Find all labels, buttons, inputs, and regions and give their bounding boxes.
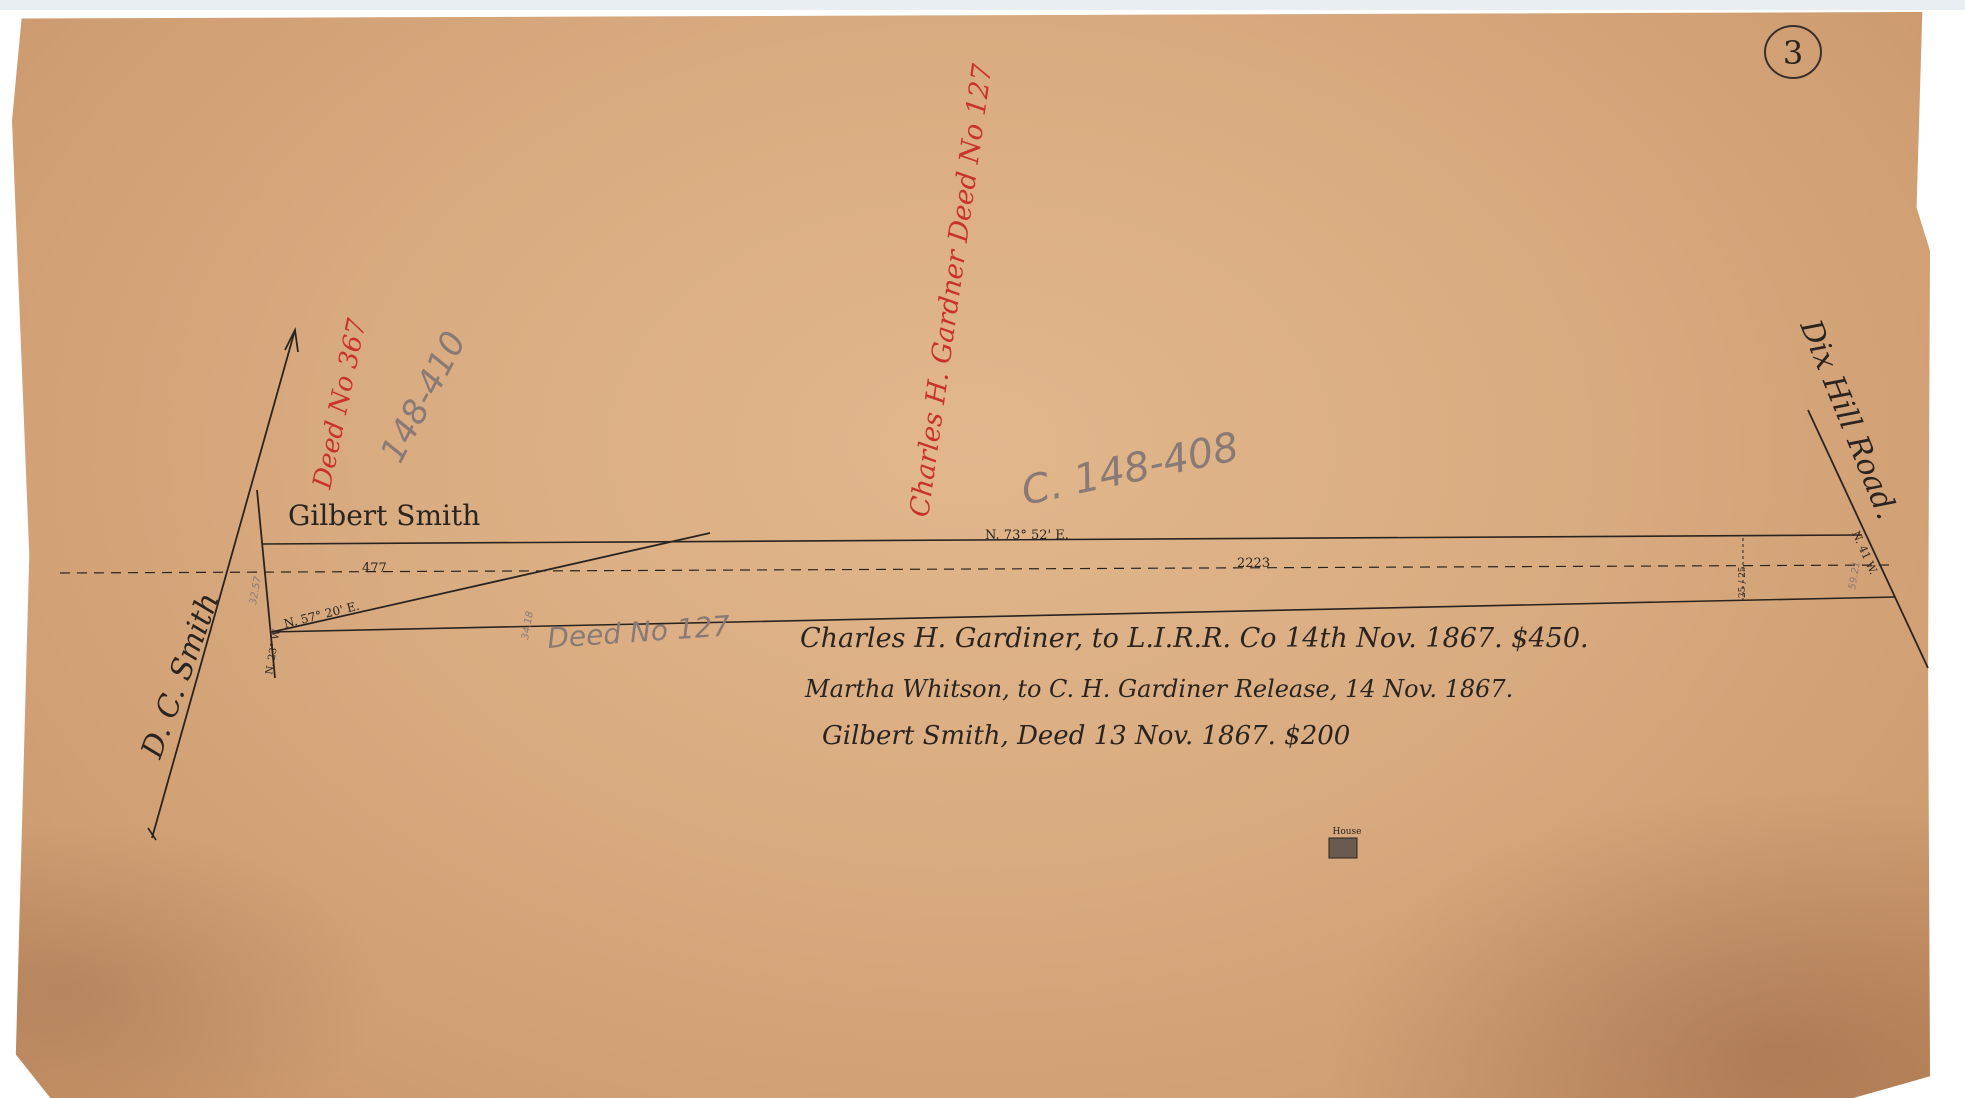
pencil-note-148-408: C. 148-408 (1018, 424, 1243, 515)
pencil-note-deed-127: Deed No 127 (546, 609, 731, 655)
house-label: House (1332, 827, 1361, 837)
house-marker: House (1329, 827, 1362, 858)
distance-main: 2223 (1237, 556, 1270, 571)
label-deed-367: Deed No 367 (307, 316, 373, 493)
measure-right-width: 25 / 25 (1738, 566, 1748, 598)
distance-left: 477 (362, 561, 387, 576)
measure-left-offset: 32.57 (248, 575, 264, 606)
deed-record-3: Gilbert Smith, Deed 13 Nov. 1867. $200 (822, 721, 1350, 751)
sheet-number: 3 (1783, 34, 1803, 72)
bearing-branch: N. 57° 20' E. (282, 599, 360, 631)
house-icon (1329, 838, 1357, 858)
measure-left-width: 34.18 (520, 610, 536, 640)
label-dix-hill-road: Dix Hill Road. (1792, 314, 1904, 524)
deed-records: Charles H. Gardiner, to L.I.R.R. Co 14th… (800, 623, 1589, 751)
bearing-main: N. 73° 52' E. (985, 528, 1069, 543)
label-gilbert-smith: Gilbert Smith (288, 499, 480, 532)
sheet-number-badge: 3 (1765, 26, 1821, 78)
deed-record-1: Charles H. Gardiner, to L.I.R.R. Co 14th… (800, 623, 1589, 654)
label-charles-gardner-deed: Charles H. Gardner Deed No 127 (904, 61, 998, 519)
survey-drawing: 3 Gilbert Smith D. C. Smith Dix Hill Roa… (0, 0, 1965, 1098)
deed-record-2: Martha Whitson, to C. H. Gardiner Releas… (804, 675, 1513, 703)
pencil-note-148-410: 148-410 (373, 325, 475, 469)
bearing-left: N. 23° W. (264, 627, 283, 675)
